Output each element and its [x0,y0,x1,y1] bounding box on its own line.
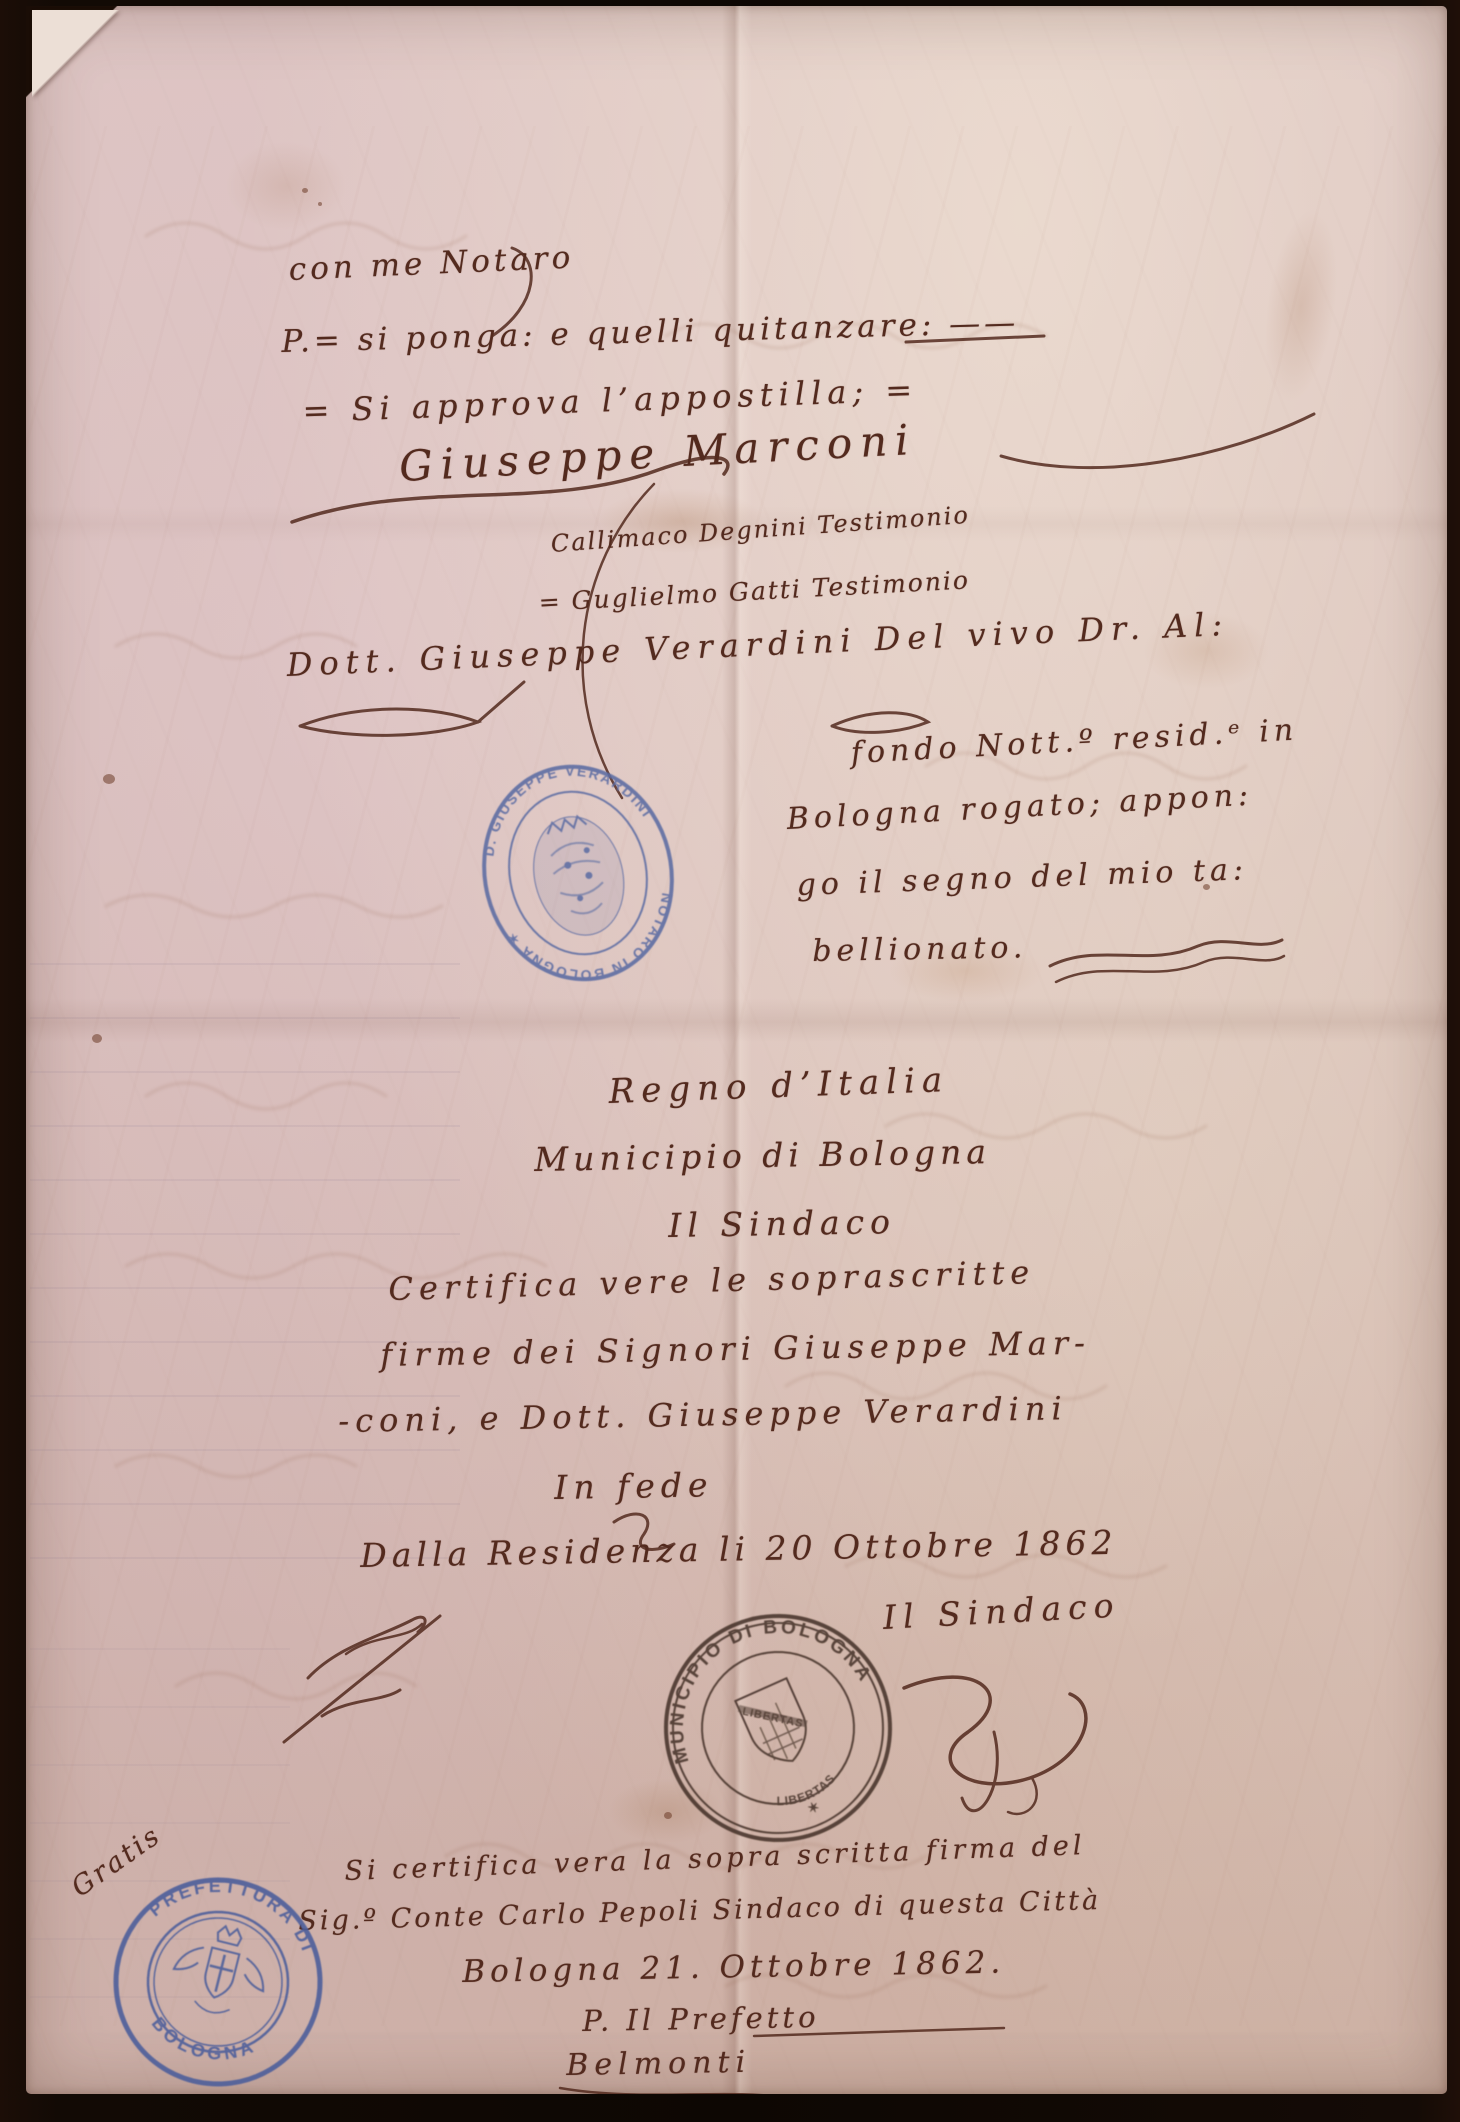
ink-speck [302,188,308,193]
date-line: Dalla Residenza li 20 Ottobre 1862 [360,1523,1118,1575]
header-sindaco: Il Sindaco [668,1202,896,1245]
folded-corner [32,10,120,98]
handwritten-line: Dott. Giuseppe Verardini Del vivo Dr. Al… [286,605,1230,684]
municipio-stamp-shield [735,1678,818,1772]
paper-stain [1238,171,1363,441]
marconi-signature: Giuseppe Marconi [398,415,918,491]
ink-speck [664,1812,672,1819]
faint-ruled-lines [30,911,460,1591]
notary-oval-stamp: D. GIUSEPPE VERARDINI NOTARO IN BOLOGNA … [453,737,703,1009]
municipio-stamp-arc-text: MUNICIPIO DI BOLOGNA [631,1581,877,1769]
handwritten-line: P.= si ponga: e quelli quitanzare: —— [281,305,1020,360]
handwritten-line: -coni, e Dott. Giuseppe Verardini [338,1389,1068,1440]
horizontal-fold [26,998,1447,1042]
ink-speck [318,202,322,206]
handwritten-line: con me Notaro [288,240,575,288]
in-fede-line: In fede [554,1465,714,1507]
svg-text:MUNICIPIO DI BOLOGNA: MUNICIPIO DI BOLOGNA [631,1581,877,1769]
handwritten-line: go il segno del mio ta: [796,852,1249,903]
handwritten-line: Bologna rogato; appon: [786,778,1254,837]
handwritten-line: firme dei Signori Giuseppe Mar- [380,1324,1091,1374]
header-municipio: Municipio di Bologna [534,1132,991,1179]
sindaco-title-over-signature: Il Sindaco [882,1586,1121,1637]
prefetto-cert-line: Sig.º Conte Carlo Pepoli Sindaco di ques… [298,1885,1101,1937]
svg-text:✶: ✶ [805,1798,822,1817]
photographed-document-scene: con me Notaro P.= si ponga: e quelli qui… [0,0,1460,2122]
header-regno: Regno d’Italia [608,1060,950,1112]
document-paper-sheet: con me Notaro P.= si ponga: e quelli qui… [26,6,1447,2094]
prefetto-title-line: P. Il Prefetto [582,2000,820,2038]
witness-line: = Guglielmo Gatti Testimonio [538,565,971,617]
witness-line: Callimaco Degnini Testimonio [550,501,971,558]
handwritten-line: bellionato. [812,930,1028,969]
prefetto-signature: Belmonti [566,2045,751,2083]
notary-stamp-emblem [522,807,636,945]
paper-stain [206,126,366,246]
handwritten-line: Certifica vere le soprascritte [388,1253,1036,1308]
ink-speck [92,1034,102,1043]
prefettura-round-stamp: PREFETTURA DI BOLOGNA [85,1849,352,2116]
handwritten-line: fondo Nott.º resid.ᵉ in [850,713,1299,771]
prefetto-date-line: Bologna 21. Ottobre 1862. [462,1945,1005,1990]
ink-speck [103,774,115,784]
